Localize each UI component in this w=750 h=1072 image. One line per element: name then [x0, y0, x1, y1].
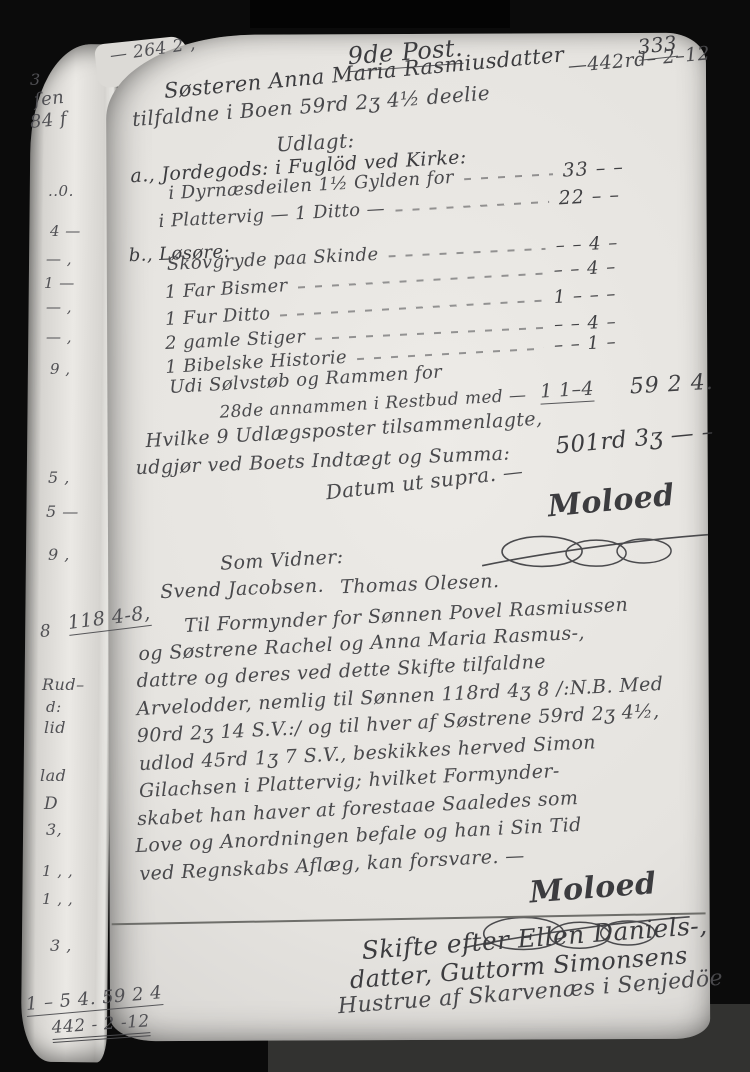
margin-fragment: 1 — — [44, 274, 75, 292]
margin-fragment: 5 , — [48, 468, 70, 487]
margin-fragment: 8 — [39, 621, 52, 642]
archival-scan: { "colors": { "background": "#0b0b0b", "… — [0, 0, 750, 1072]
margin-fragment: 3 , — [50, 936, 72, 955]
margin-fragment: 3 — [30, 70, 41, 89]
margin-fragment: 4 — — [50, 222, 81, 240]
margin-fragment: d: — [46, 698, 62, 716]
margin-fragment: 118 4-8, — [67, 602, 152, 636]
margin-fragment: — , — [46, 250, 72, 268]
margin-fragment: 9 , — [48, 545, 70, 564]
margin-fragment: — , — [46, 328, 72, 346]
margin-fragment: ..0. — [48, 182, 74, 200]
margin-fragment: 3, — [46, 820, 62, 839]
margin-fragment-layer: — 264 2 , 3 ſen 84 f ..0. 4 — — , 1 — — … — [0, 0, 750, 1072]
margin-carry-total: 442 - 2 -12 — [51, 1011, 151, 1043]
margin-fragment: lid — [44, 718, 66, 737]
margin-fragment: 84 f — [29, 108, 68, 133]
margin-fragment: — , — [46, 298, 72, 316]
margin-fragment: 9 , — [50, 360, 71, 378]
margin-fragment: 1 , , — [42, 890, 73, 908]
margin-fragment: — 264 2 , — [109, 34, 197, 66]
margin-fragment: Rud– — [42, 675, 85, 694]
margin-fragment: ſen — [33, 87, 65, 111]
margin-fragment: 1 , , — [42, 862, 73, 880]
margin-fragment: lad — [40, 766, 66, 785]
margin-fragment: 5 — — [46, 502, 79, 521]
margin-fragment: D — [44, 794, 58, 814]
